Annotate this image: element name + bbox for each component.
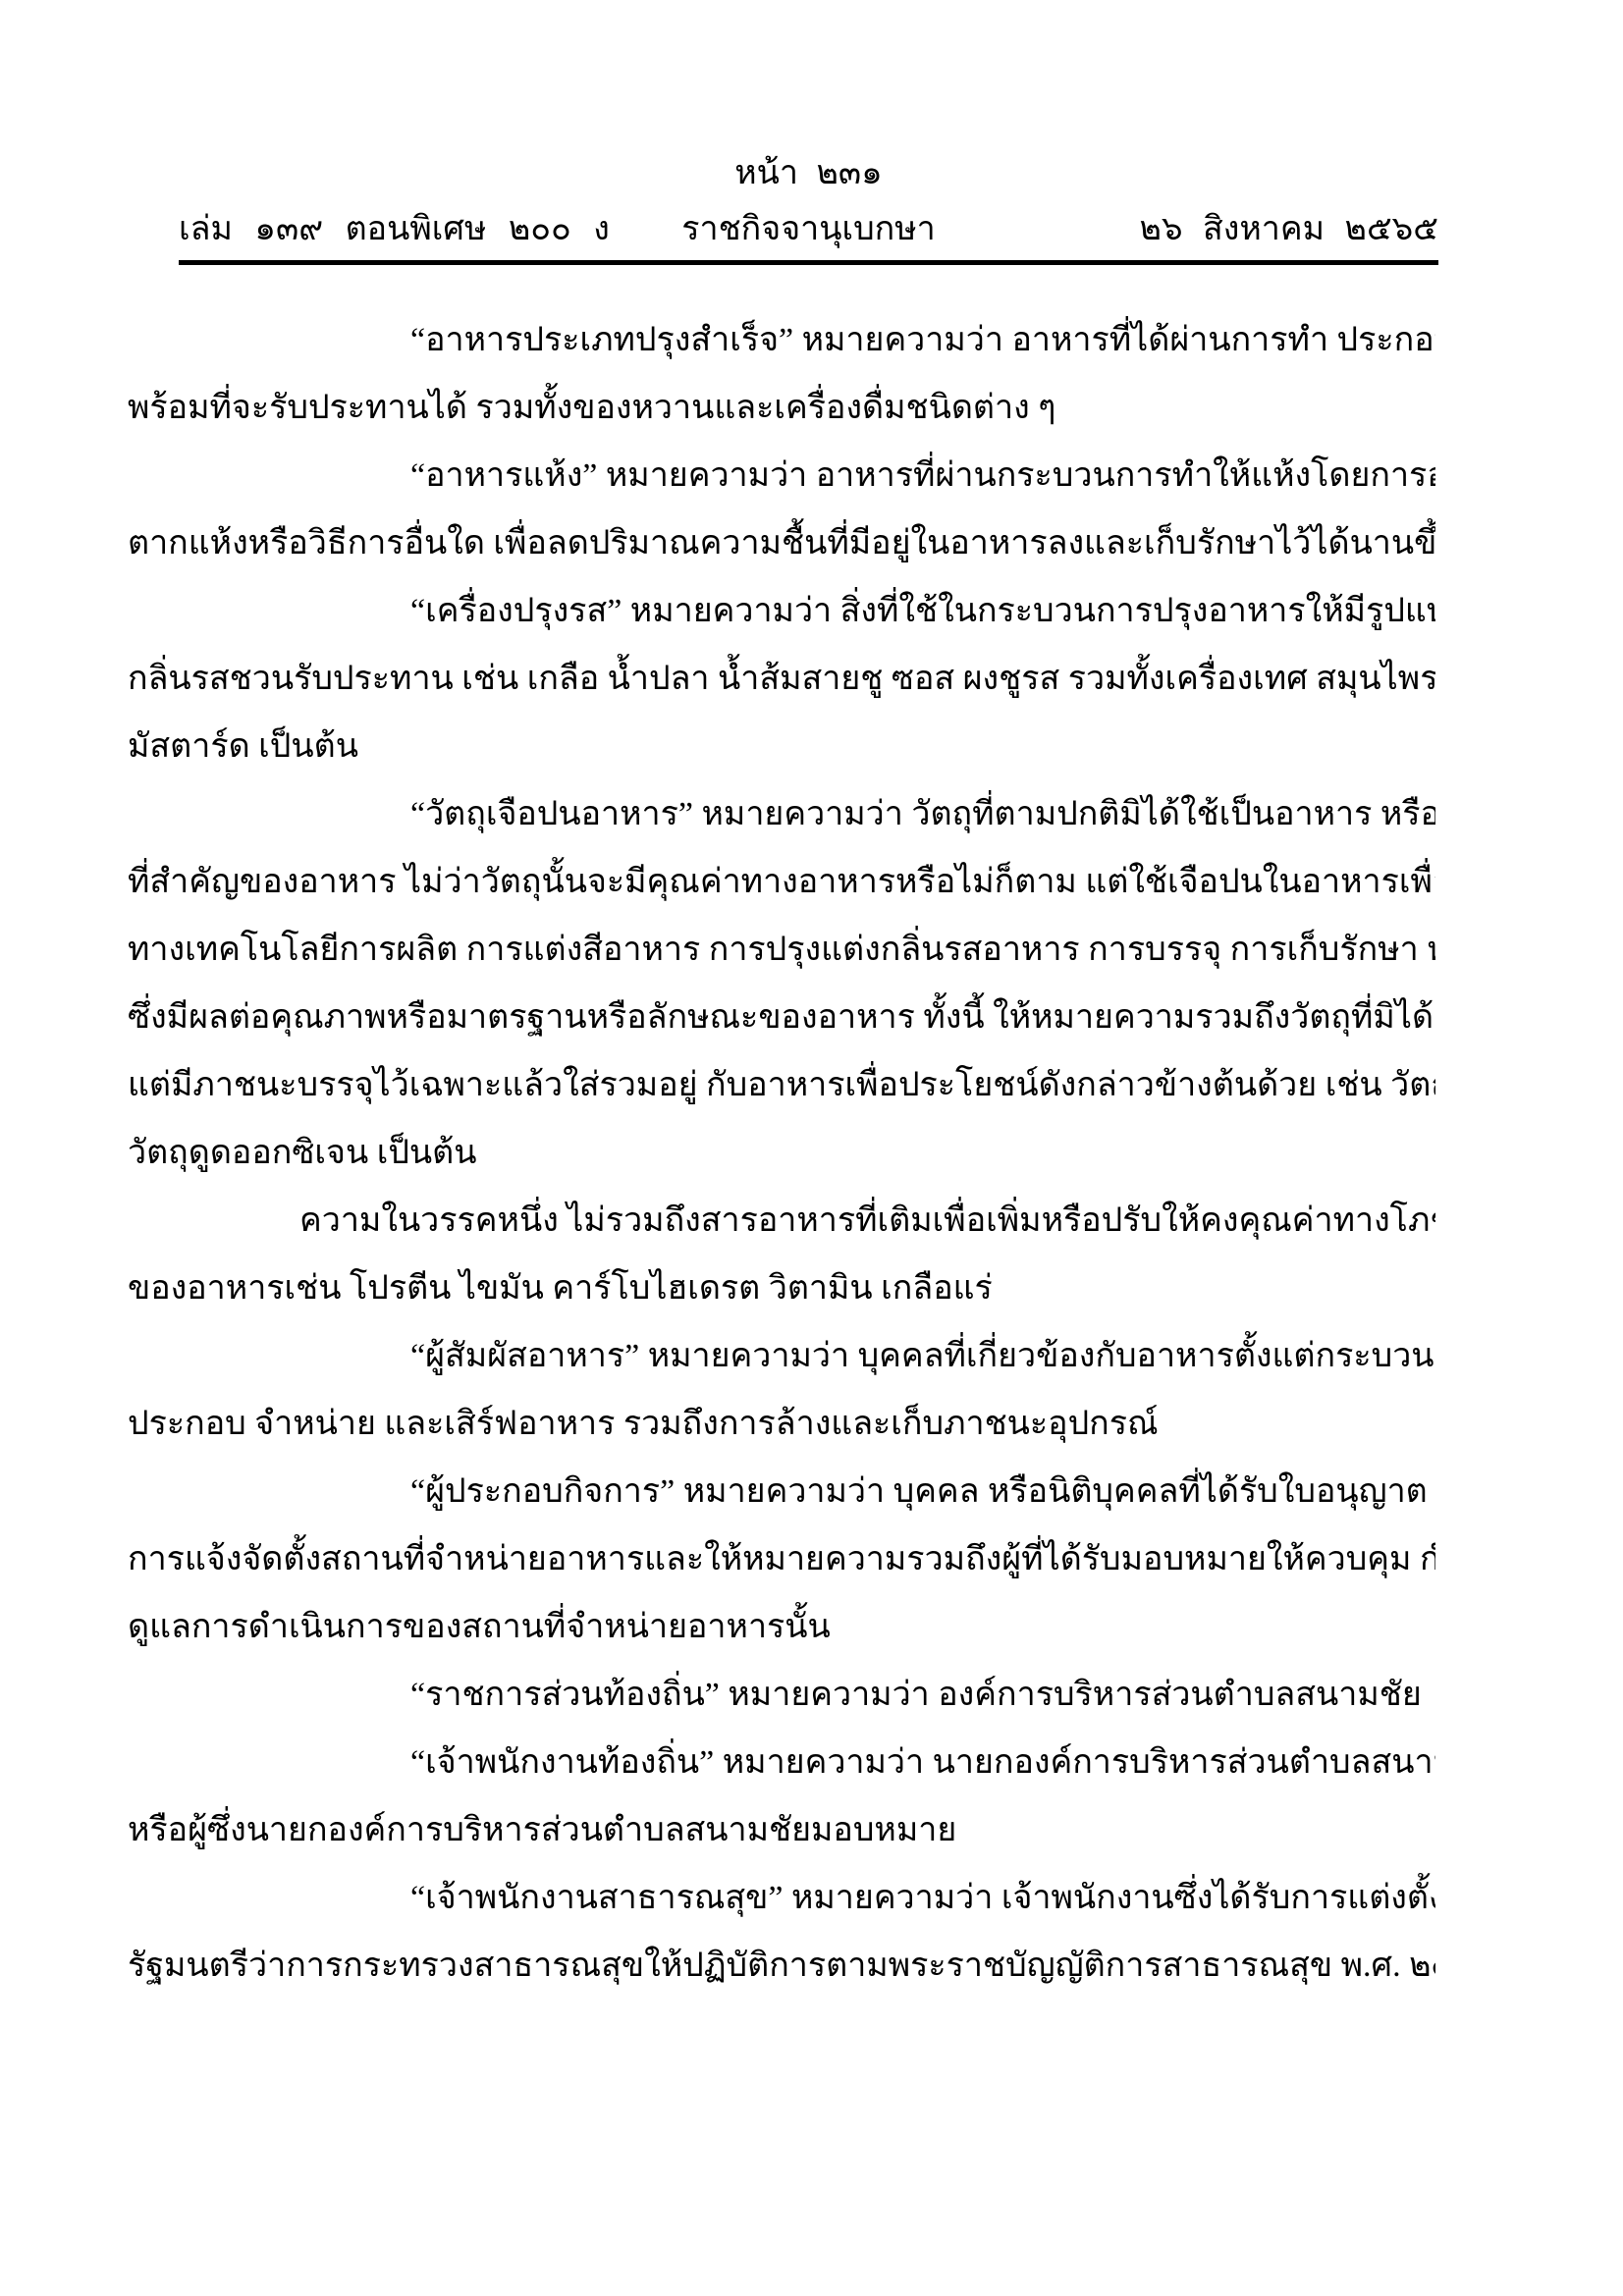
text-line: “อาหารประเภทปรุงสำเร็จ” หมายความว่า อาหา… <box>128 306 1435 374</box>
text-line: “เจ้าพนักงานสาธารณสุข” หมายความว่า เจ้าพ… <box>128 1864 1435 1932</box>
text-line: “วัตถุเจือปนอาหาร” หมายความว่า วัตถุที่ต… <box>128 780 1435 848</box>
text-line: “ราชการส่วนท้องถิ่น” หมายความว่า องค์การ… <box>128 1661 1435 1729</box>
gazette-header: เล่ม ๑๓๙ ตอนพิเศษ ๒๐๐ ง ราชกิจจานุเบกษา … <box>179 202 1438 257</box>
text-line: “ผู้ประกอบกิจการ” หมายความว่า บุคคล หรือ… <box>128 1458 1435 1525</box>
header-rule <box>179 260 1438 265</box>
text-line: พร้อมที่จะรับประทานได้ รวมทั้งของหวานและ… <box>128 374 1435 442</box>
text-line: แต่มีภาชนะบรรจุไว้เฉพาะแล้วใส่รวมอยู่ กั… <box>128 1051 1435 1119</box>
publication-date: ๒๖ สิงหาคม ๒๕๖๕ <box>1140 202 1438 257</box>
text-line: วัตถุดูดออกซิเจน เป็นต้น <box>128 1119 1435 1187</box>
text-line: ดูแลการดำเนินการของสถานที่จำหน่ายอาหารนั… <box>128 1593 1435 1661</box>
text-line: ทางเทคโนโลยีการผลิต การแต่งสีอาหาร การปร… <box>128 916 1435 984</box>
text-line: ที่สำคัญของอาหาร ไม่ว่าวัตถุนั้นจะมีคุณค… <box>128 848 1435 916</box>
text-line: ตากแห้งหรือวิธีการอื่นใด เพื่อลดปริมาณคว… <box>128 509 1435 577</box>
text-line: ประกอบ จำหน่าย และเสิร์ฟอาหาร รวมถึงการล… <box>128 1390 1435 1458</box>
page-number: หน้า ๒๓๑ <box>179 147 1438 200</box>
text-line: ซึ่งมีผลต่อคุณภาพหรือมาตรฐานหรือลักษณะขอ… <box>128 984 1435 1051</box>
text-line: การแจ้งจัดตั้งสถานที่จำหน่ายอาหารและให้ห… <box>128 1525 1435 1593</box>
gazette-page: หน้า ๒๓๑ เล่ม ๑๓๙ ตอนพิเศษ ๒๐๐ ง ราชกิจจ… <box>0 0 1623 2296</box>
text-line: “อาหารแห้ง” หมายความว่า อาหารที่ผ่านกระบ… <box>128 442 1435 509</box>
text-line: กลิ่นรสชวนรับประทาน เช่น เกลือ น้ำปลา น้… <box>128 645 1435 713</box>
text-line: หรือผู้ซึ่งนายกองค์การบริหารส่วนตำบลสนาม… <box>128 1796 1435 1864</box>
document-body: “อาหารประเภทปรุงสำเร็จ” หมายความว่า อาหา… <box>128 306 1435 2000</box>
text-line: “ผู้สัมผัสอาหาร” หมายความว่า บุคคลที่เกี… <box>128 1322 1435 1390</box>
text-line: มัสตาร์ด เป็นต้น <box>128 713 1435 780</box>
text-line: “เครื่องปรุงรส” หมายความว่า สิ่งที่ใช้ใน… <box>128 577 1435 645</box>
text-line: “เจ้าพนักงานท้องถิ่น” หมายความว่า นายกอง… <box>128 1729 1435 1796</box>
text-line: รัฐมนตรีว่าการกระทรวงสาธารณสุขให้ปฏิบัติ… <box>128 1932 1435 2000</box>
text-line: ความในวรรคหนึ่ง ไม่รวมถึงสารอาหารที่เติม… <box>128 1187 1435 1255</box>
text-line: ของอาหารเช่น โปรตีน ไขมัน คาร์โบไฮเดรต ว… <box>128 1255 1435 1322</box>
